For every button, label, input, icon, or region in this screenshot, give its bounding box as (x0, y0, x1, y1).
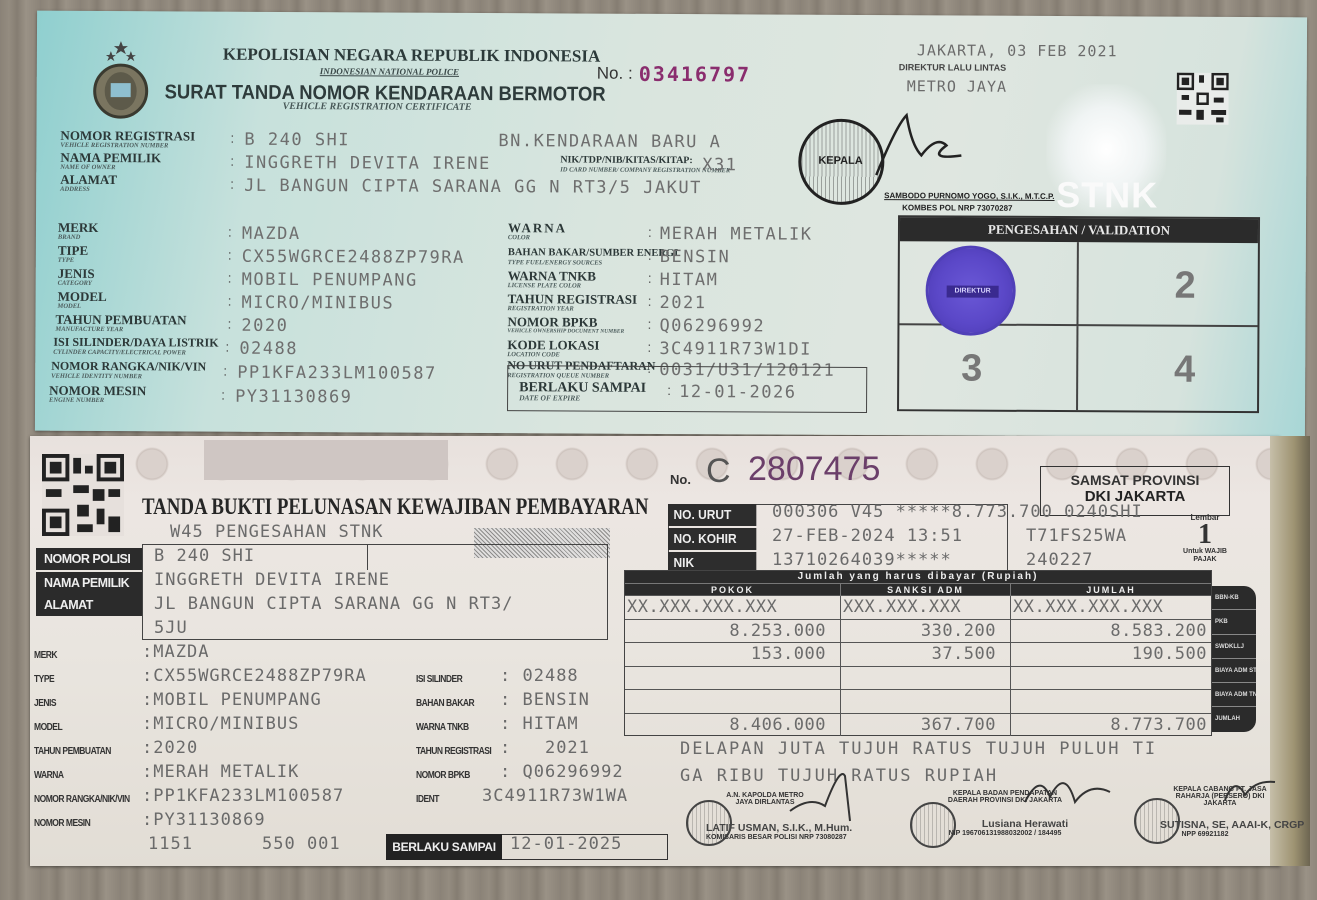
director-title: DIREKTUR LALU LINTAS (899, 62, 1006, 73)
validation-table: PENGESAHAN / VALIDATION DIREKTUR 2 3 4 (897, 215, 1260, 413)
extra-code-1: 1151 (148, 834, 193, 854)
copy-indicator: Lembar 1 Untuk WAJIB PAJAK (1180, 513, 1230, 564)
field-bpkb: NOMOR BPKBVEHICLE OWNERSHIP DOCUMENT NUM… (507, 315, 624, 336)
ident-label: IDENT (416, 794, 439, 805)
table-row: 8.253.000330.2008.583.200 (625, 619, 1211, 643)
validation-title: PENGESAHAN / VALIDATION (900, 217, 1258, 243)
address-label: ALAMAT (36, 594, 142, 616)
category-value: :MOBIL PENUMPANG (142, 690, 322, 710)
category-label: JENIS (34, 698, 56, 709)
type-value: :CX55WGRCE2488ZP79RA (142, 666, 367, 686)
bpkb-label: NOMOR BPKB (416, 770, 470, 781)
plate-color-value: HITAM (660, 270, 719, 290)
no-kohir-label: NO. KOHIR (668, 528, 756, 550)
field-expiry: BERLAKU SAMPAIDATE OF EXPIRE (519, 381, 646, 402)
organization-name: KEPOLISIAN NEGARA REPUBLIK INDONESIA (223, 45, 600, 67)
signature-icon (1220, 770, 1280, 810)
registration-year-label: TAHUN REGISTRASI (416, 746, 491, 757)
organization-name-en: INDONESIAN NATIONAL POLICE (320, 66, 459, 77)
payment-header: POKOK SANKSI ADM JUMLAH (625, 583, 1211, 595)
field-fuel: BAHAN BAKAR/SUMBER ENERGITYPE FUEL/ENERG… (508, 246, 678, 267)
receipt-number-prefix: C (706, 452, 731, 491)
plate-value: B 240 SHI (154, 546, 255, 566)
vin-label: NOMOR RANGKA/NIK/VIN (34, 794, 130, 805)
no-kohir-value: 27-FEB-2024 13:51 (772, 526, 963, 546)
address-value: JL BANGUN CIPTA SARANA GG N RT3/5 JAKUT (244, 176, 702, 198)
manufacture-year-value: :2020 (142, 738, 198, 758)
nik-value: 13710264039***** (772, 550, 952, 570)
table-row: 153.00037.500190.500 (625, 642, 1211, 666)
registration-year-value: 2021 (660, 293, 707, 313)
field-category: JENISCATEGORY (58, 267, 95, 287)
signer-name: SAMBODO PURNOMO YOGO, S.I.K., M.T.C.P. (884, 191, 1054, 201)
signature-icon (1020, 762, 1120, 822)
certificate-number: 03416797 (639, 62, 751, 87)
no-urut-label: NO. URUT (668, 504, 756, 526)
nik-extra: 240227 (1026, 550, 1093, 570)
payment-row-labels: BBN-KB PKB SWDKLLJ BIAYA ADM STNK BIAYA … (1212, 586, 1256, 732)
field-registration-number: NOMOR REGISTRASI VEHICLE REGISTRATION NU… (60, 129, 195, 150)
location-code-value: 3C4911R73W1DI (659, 339, 812, 360)
validation-cell-3: 3 (899, 325, 1078, 410)
cylinder-label: ISI SILINDER (416, 674, 462, 685)
fuel-value: BENSIN (660, 247, 731, 267)
receipt-number: 2807475 (748, 450, 880, 489)
manufacture-year-label: TAHUN PEMBUATAN (34, 746, 111, 757)
field-owner-name: NAMA PEMILIK NAME OF OWNER (60, 151, 161, 172)
manufacture-year-value: 2020 (241, 316, 288, 336)
police-emblem-icon (81, 39, 161, 119)
table-row-total: 8.406.000367.7008.773.700 (625, 713, 1211, 737)
field-model: MODELMODEL (58, 290, 107, 310)
owner-name-value: INGGRETH DEVITA IRENE (244, 153, 491, 174)
validation-cell-1: DIREKTUR (899, 241, 1078, 326)
field-location-code: KODE LOKASILOCATION CODE (507, 338, 599, 358)
owner-name-label: NAMA PEMILIK (36, 572, 142, 594)
validation-stamp: DIREKTUR (925, 245, 1015, 335)
receipt-subtitle: W45 PENGESAHAN STNK (170, 522, 383, 542)
model-value: :MICRO/MINIBUS (142, 714, 299, 734)
field-brand: MERKBRAND (58, 221, 99, 241)
no-kohir-extra: T71FS25WA (1026, 526, 1127, 546)
category-value: MOBIL PENUMPANG (242, 270, 418, 291)
registration-year-value: : 2021 (500, 738, 590, 758)
color-value: :MERAH METALIK (142, 762, 299, 782)
extra-code-2: 550 001 (262, 834, 341, 854)
validation-cell-4: 4 (1078, 326, 1257, 411)
hologram-text: STNK (1056, 174, 1158, 217)
stamp-text: KEPALA (818, 155, 862, 167)
field-address: ALAMAT ADDRESS (60, 173, 117, 193)
bpkb-value: : Q06296992 (500, 762, 624, 782)
cylinder-value: : 02488 (500, 666, 579, 686)
director-region: METRO JAYA (907, 77, 1007, 96)
field-cylinder: ISI SILINDER/DAYA LISTRIKCYLINDER CAPACI… (53, 336, 218, 357)
no-urut-value: 000306 V45 *****8.773.700 0240SHI (772, 502, 1143, 522)
address-line-2: 5JU (154, 618, 188, 638)
field-manufacture-year: TAHUN PEMBUATANMANUFACTURE YEAR (55, 313, 186, 334)
table-row (625, 666, 1211, 690)
expiry-value: 12-01-2025 (510, 834, 622, 854)
issue-date: JAKARTA, 03 FEB 2021 (917, 41, 1118, 60)
signature-icon (780, 756, 900, 826)
signature-icon (866, 105, 976, 196)
certificate-number-label: No. : (597, 64, 633, 84)
color-label: WARNA (34, 770, 64, 781)
vin-value: PP1KFA233LM100587 (237, 363, 437, 384)
payment-caption: Jumlah yang harus dibayar (Rupiah) (625, 571, 1211, 583)
model-value: MICRO/MINIBUS (242, 293, 395, 314)
field-vin: NOMOR RANGKA/NIK/VINVEHICLE IDENTITY NUM… (51, 360, 206, 381)
cylinder-value: 02488 (239, 339, 298, 359)
type-label: TYPE (34, 674, 54, 685)
type-value: CX55WGRCE2488ZP79RA (242, 247, 465, 268)
nik-value: X31 (702, 155, 737, 175)
brand-value: MAZDA (242, 224, 301, 244)
field-engine-number: NOMOR MESINENGINE NUMBER (49, 384, 146, 405)
engine-number-value: :PY31130869 (142, 810, 266, 830)
address-line-1: JL BANGUN CIPTA SARANA GG N RT3/ (154, 594, 514, 614)
plate-color-label: WARNA TNKB (416, 722, 469, 733)
engine-number-label: NOMOR MESIN (34, 818, 90, 829)
bpkb-value: Q06296992 (659, 316, 765, 337)
brand-value: :MAZDA (142, 642, 209, 662)
ident-value: 3C4911R73W1WA (482, 786, 628, 806)
fuel-value: : BENSIN (500, 690, 590, 710)
expiry-label: BERLAKU SAMPAI (386, 834, 502, 860)
validation-cell-2: 2 (1078, 242, 1257, 327)
registration-number-value: B 240 SHI (244, 130, 350, 151)
payment-receipt: TANDA BUKTI PELUNASAN KEWAJIBAN PEMBAYAR… (30, 436, 1280, 866)
fuel-label: BAHAN BAKAR (416, 698, 474, 709)
model-label: MODEL (34, 722, 62, 733)
field-type: TIPETYPE (58, 244, 88, 264)
table-row (625, 689, 1211, 713)
field-plate-color: WARNA TNKBLICENSE PLATE COLOR (508, 269, 596, 289)
expiry-value: 12-01-2026 (679, 382, 796, 403)
payment-table: Jumlah yang harus dibayar (Rupiah) POKOK… (624, 570, 1212, 736)
receipt-title: TANDA BUKTI PELUNASAN KEWAJIBAN PEMBAYAR… (142, 494, 649, 520)
owner-name-value: INGGRETH DEVITA IRENE (154, 570, 390, 590)
stnk-card: KEPOLISIAN NEGARA REPUBLIK INDONESIA IND… (35, 11, 1307, 438)
engine-number-value: PY31130869 (235, 387, 352, 408)
field-registration-year: TAHUN REGISTRASIREGISTRATION YEAR (508, 292, 638, 313)
signer-rank: KOMBES POL NRP 73070287 (902, 203, 1012, 213)
receipt-number-label: No. (670, 472, 691, 487)
color-value: MERAH METALIK (660, 224, 813, 245)
plate-color-value: : HITAM (500, 714, 579, 734)
document-title-en: VEHICLE REGISTRATION CERTIFICATE (283, 101, 472, 113)
vin-value: :PP1KFA233LM100587 (142, 786, 344, 806)
qr-code-icon (42, 454, 124, 536)
brand-label: MERK (34, 650, 57, 661)
field-color: WARNACOLOR (508, 221, 567, 241)
new-vehicle-note: BN.KENDARAAN BARU A (498, 131, 721, 152)
plate-label: NOMOR POLISI (36, 548, 142, 570)
table-row: XX.XXX.XXX.XXXXXX.XXX.XXXXX.XXX.XXX.XXX (625, 595, 1211, 619)
qr-code-icon (1177, 73, 1229, 125)
